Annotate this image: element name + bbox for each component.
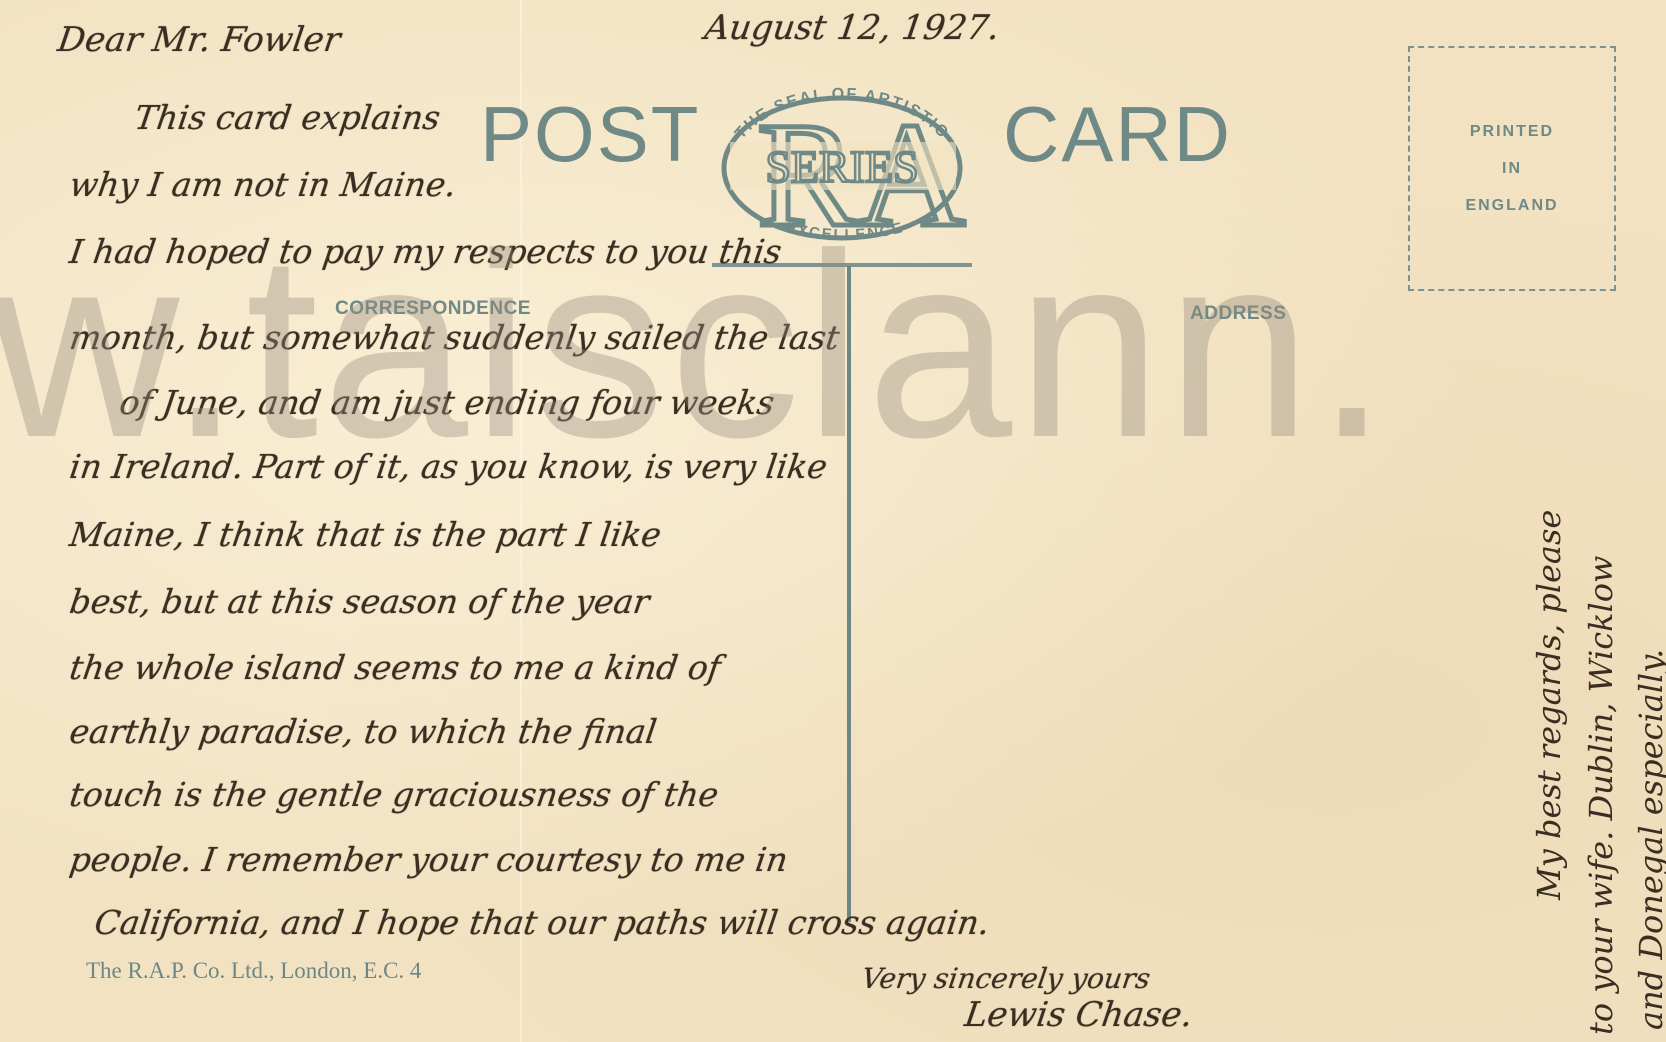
- letter-line: people. I remember your courtesy to me i…: [67, 840, 790, 879]
- post-title-left: POST: [480, 95, 700, 173]
- publisher-imprint: The R.A.P. Co. Ltd., London, E.C. 4: [86, 958, 421, 984]
- margin-note: and Donegal especially.: [1632, 649, 1666, 1030]
- letter-line: Maine, I think that is the part I like: [67, 515, 664, 554]
- stamp-text-in: IN: [1410, 160, 1614, 178]
- card-title-right: CARD: [1003, 95, 1232, 173]
- handwritten-closing: Very sincerely yours: [860, 962, 1153, 995]
- letter-line: best, but at this season of the year: [67, 582, 652, 621]
- margin-note: My best regards, please: [1530, 510, 1568, 900]
- correspondence-label: CORRESPONDENCE: [335, 298, 531, 320]
- handwritten-signature: Lewis Chase.: [962, 995, 1195, 1035]
- letter-line: why I am not in Maine.: [67, 165, 459, 204]
- address-label: ADDRESS: [1190, 303, 1286, 325]
- stamp-text-england: ENGLAND: [1410, 197, 1614, 215]
- stamp-box: PRINTED IN ENGLAND: [1408, 46, 1616, 291]
- letter-line: the whole island seems to me a kind of: [67, 648, 723, 687]
- letter-line: month, but somewhat suddenly sailed the …: [67, 318, 842, 357]
- seal-center-text: SERIES: [765, 141, 918, 192]
- margin-note: to your wife. Dublin, Wicklow: [1582, 556, 1620, 1035]
- letter-line: I had hoped to pay my respects to you th…: [67, 232, 784, 271]
- ra-series-seal-icon: RA THE SEAL OF ARTISTIC SERIES EXCELLENC…: [715, 60, 970, 250]
- divider-vertical: [847, 266, 851, 922]
- letter-line: California, and I hope that our paths wi…: [92, 903, 992, 942]
- letter-line: of June, and am just ending four weeks: [117, 383, 777, 422]
- letter-line: touch is the gentle graciousness of the: [67, 775, 721, 814]
- postcard-back: POST RA THE SEAL OF ARTISTIC SERIES EXCE…: [0, 0, 1666, 1042]
- handwritten-salutation: Dear Mr. Fowler: [55, 20, 343, 60]
- letter-line: This card explains: [132, 98, 443, 137]
- letter-line: earthly paradise, to which the final: [67, 712, 659, 751]
- letter-line: in Ireland. Part of it, as you know, is …: [67, 447, 829, 486]
- stamp-text-printed: PRINTED: [1410, 123, 1614, 141]
- handwritten-date: August 12, 1927.: [702, 8, 1002, 48]
